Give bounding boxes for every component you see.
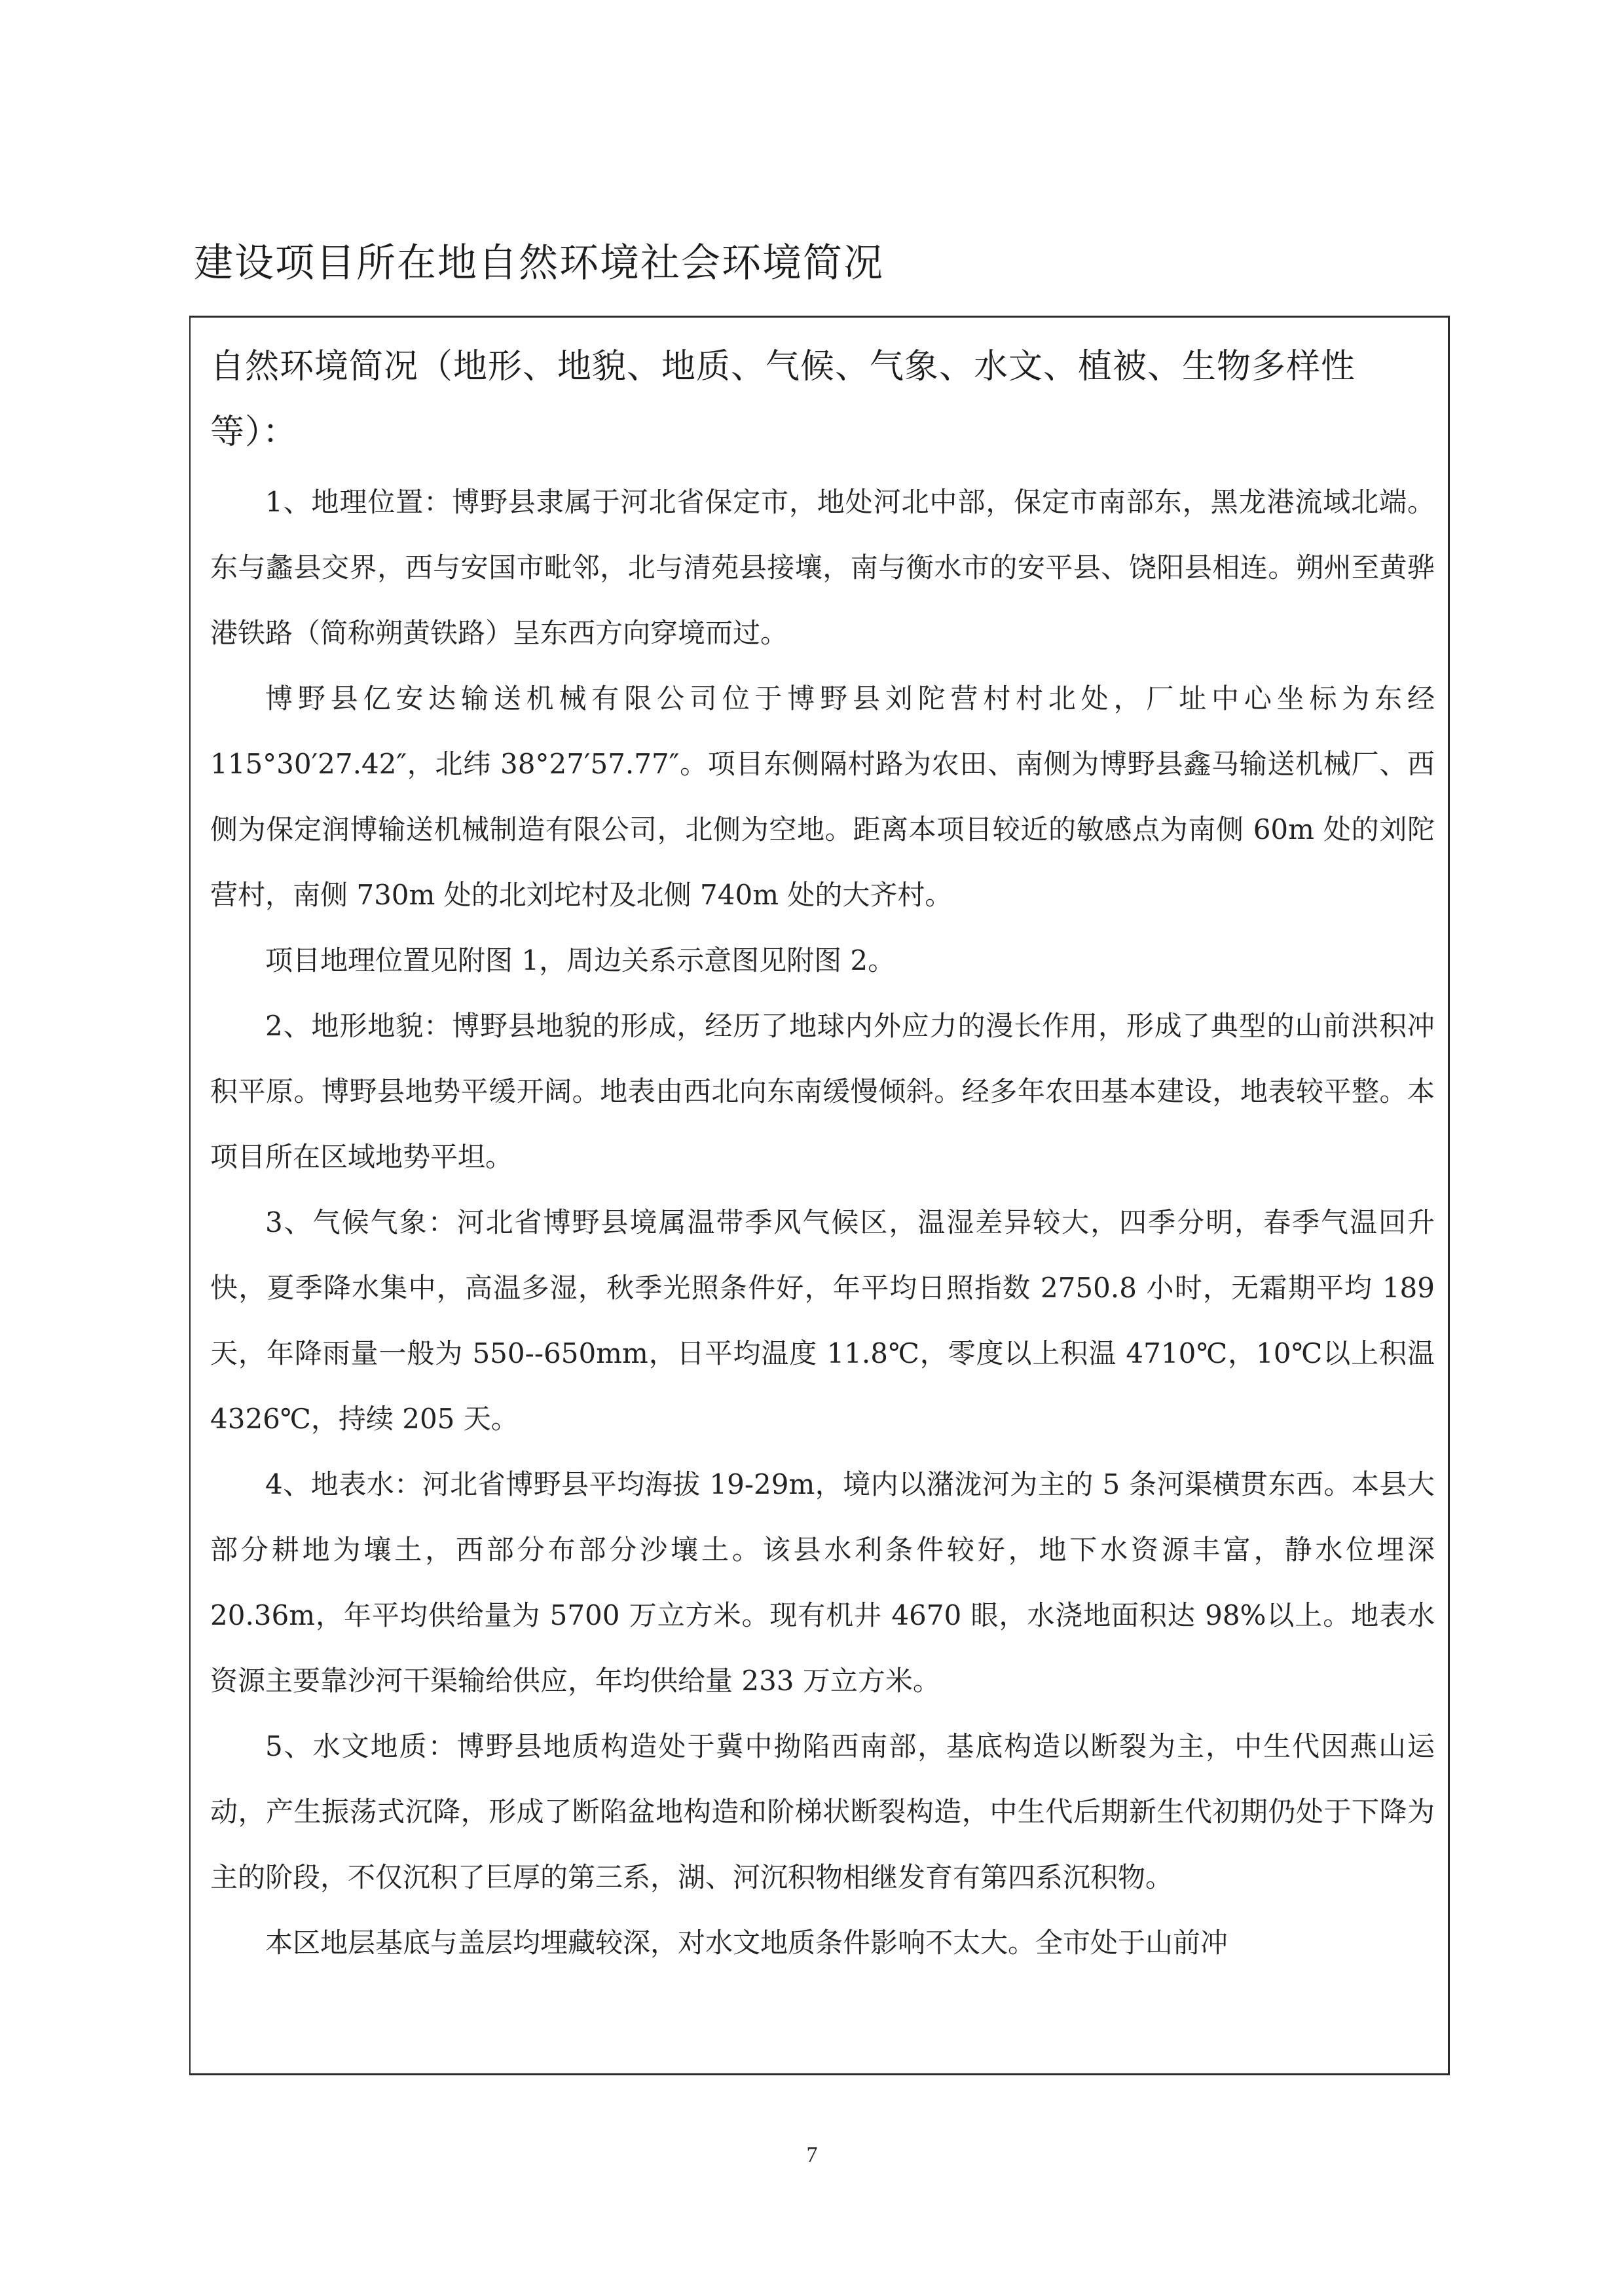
paragraph-surface-water: 4、地表水：河北省博野县平均海拔 19-29m，境内以潴泷河为主的 5 条河渠横… bbox=[210, 1452, 1435, 1714]
paragraph-strata: 本区地层基底与盖层均埋藏较深，对水文地质条件影响不太大。全市处于山前冲 bbox=[210, 1910, 1435, 1976]
natural-environment-section: 自然环境简况（地形、地貌、地质、气候、气象、水文、植被、生物多样性等）： 1、地… bbox=[189, 316, 1450, 2075]
paragraph-geographic-location: 1、地理位置：博野县隶属于河北省保定市，地处河北中部，保定市南部东，黑龙港流域北… bbox=[210, 470, 1435, 666]
section-heading: 自然环境简况（地形、地貌、地质、气候、气象、水文、植被、生物多样性等）： bbox=[210, 334, 1428, 465]
paragraph-project-site: 博野县亿安达输送机械有限公司位于博野县刘陀营村村北处，厂址中心坐标为东经 115… bbox=[210, 666, 1435, 928]
paragraph-topography: 2、地形地貌：博野县地貌的形成，经历了地球内外应力的漫长作用，形成了典型的山前洪… bbox=[210, 993, 1435, 1190]
page-title: 建设项目所在地自然环境社会环境简况 bbox=[194, 237, 884, 289]
paragraph-figure-reference: 项目地理位置见附图 1，周边关系示意图见附图 2。 bbox=[210, 928, 1435, 993]
section-body: 1、地理位置：博野县隶属于河北省保定市，地处河北中部，保定市南部东，黑龙港流域北… bbox=[210, 470, 1435, 1976]
page-number: 7 bbox=[0, 2143, 1624, 2168]
paragraph-climate: 3、气候气象：河北省博野县境属温带季风气候区，温湿差异较大，四季分明，春季气温回… bbox=[210, 1190, 1435, 1452]
paragraph-hydrogeology: 5、水文地质：博野县地质构造处于冀中拗陷西南部，基底构造以断裂为主，中生代因燕山… bbox=[210, 1714, 1435, 1910]
